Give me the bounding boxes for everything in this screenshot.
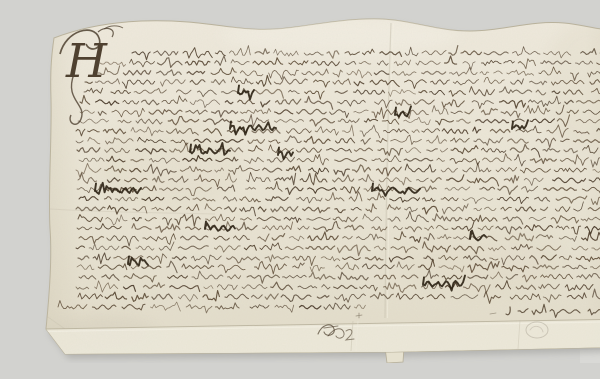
photograph: H Photograph of a medieval parchment ind… bbox=[40, 16, 600, 363]
parchment-indenture: H bbox=[40, 16, 600, 363]
